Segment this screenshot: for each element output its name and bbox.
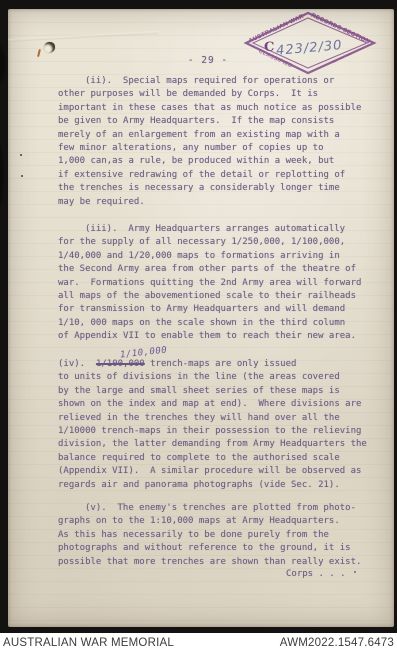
text-line: relieved in the trenches they will hand … — [58, 412, 388, 425]
text-line: 1/10000 trench-maps in their possession … — [58, 425, 388, 438]
text-line: possible that more trenches are shown th… — [58, 556, 388, 569]
text-line: by the large and small sheet series of t… — [58, 385, 388, 398]
text-line: all maps of the abovementioned scale to … — [58, 290, 388, 303]
stamp-series-letter: C — [264, 40, 274, 55]
text-line: 1,000 can,as a rule, be produced within … — [58, 155, 388, 168]
accession-number: AWM2022.1547.6473 — [280, 637, 394, 649]
paper-speck — [21, 175, 23, 177]
institution-name: AUSTRALIAN WAR MEMORIAL — [3, 637, 174, 649]
text-line: (iii). Army Headquarters arranges automa… — [58, 223, 388, 236]
text-line: for the supply of all necessary 1/250,00… — [58, 236, 388, 249]
text-line: important in these cases that as much no… — [58, 102, 388, 115]
paragraph-iii: (iii). Army Headquarters arranges automa… — [58, 223, 388, 344]
stamp-arc-top-left: AUSTRALIAN WAR — [248, 14, 305, 45]
war-records-section-stamp: AUSTRALIAN WAR RECORDS SECTION CLASSIFIE… — [236, 9, 380, 81]
binding-tear-artifact — [0, 44, 6, 84]
text-line: 1/10, 000 maps on the scale shown in the… — [58, 317, 388, 330]
text-line: to units of divisions in the line (the a… — [58, 371, 388, 384]
text-line: regards air and panorama photographs (vi… — [58, 479, 388, 492]
text-line: may be required. — [58, 196, 388, 209]
text-line: merely of an enlargement from an existin… — [58, 129, 388, 142]
paper-fiber-artifact — [37, 49, 41, 57]
text-line: the Second Army area from other parts of… — [58, 263, 388, 276]
text-line: war. Formations quitting the 2nd Army ar… — [58, 277, 388, 290]
text-line: division, the latter demanding from Army… — [58, 438, 388, 451]
binding-tear-artifact — [0, 140, 4, 212]
stamp-handwritten-number: 423/2/30 — [276, 38, 343, 59]
paragraph-v: (v). The enemy's trenches are plotted fr… — [58, 502, 388, 569]
paragraph-iv: 1/10,000 (iv). 1/100,000 trench-maps are… — [58, 358, 388, 492]
text-line: (iv). 1/100,000 trench-maps are only iss… — [58, 358, 388, 371]
text-line: be given to Army Headquarters. If the ma… — [58, 115, 388, 128]
paper-speck — [20, 154, 22, 156]
text-line: other purposes will be demanded by Corps… — [58, 88, 388, 101]
text-line: 1/40,000 and 1/20,000 maps to formations… — [58, 250, 388, 263]
ink-speck — [354, 571, 356, 573]
text-line: (Appendix VII). A similar procedure will… — [58, 465, 388, 478]
archive-footer-bar: AUSTRALIAN WAR MEMORIAL AWM2022.1547.647… — [0, 633, 397, 653]
catchword-continuation: Corps . . . — [286, 569, 346, 579]
text-line: for transmission to Army Headquarters an… — [58, 303, 388, 316]
scanned-document: AUSTRALIAN WAR RECORDS SECTION CLASSIFIE… — [0, 0, 397, 633]
text-line: graphs on to the 1:10,000 maps at Army H… — [58, 515, 388, 528]
paragraph-ii: (ii). Special maps required for operatio… — [58, 75, 388, 209]
text-line: shown on the index and map at end). Wher… — [58, 398, 388, 411]
paper-sheet: AUSTRALIAN WAR RECORDS SECTION CLASSIFIE… — [8, 9, 394, 627]
text-line: (v). The enemy's trenches are plotted fr… — [58, 502, 388, 515]
text-line: few minor alterations, any number of cop… — [58, 142, 388, 155]
punch-hole-artifact — [44, 42, 55, 53]
text-line: As this has necessarily to be done purel… — [58, 529, 388, 542]
paper-crease — [8, 31, 158, 42]
text-line: photographs and without reference to the… — [58, 542, 388, 555]
text-line: of Appendix VII to enable them to reach … — [58, 330, 388, 343]
text-line: balance required to complete to the auth… — [58, 452, 388, 465]
text-line: the trenches is necessary a considerably… — [58, 182, 388, 195]
text-line: (ii). Special maps required for operatio… — [58, 75, 388, 88]
page-number: - 29 - — [168, 55, 248, 66]
struck-through-text: 1/100,000 — [96, 359, 145, 369]
text-line: if extensive redrawing of the detail or … — [58, 169, 388, 182]
